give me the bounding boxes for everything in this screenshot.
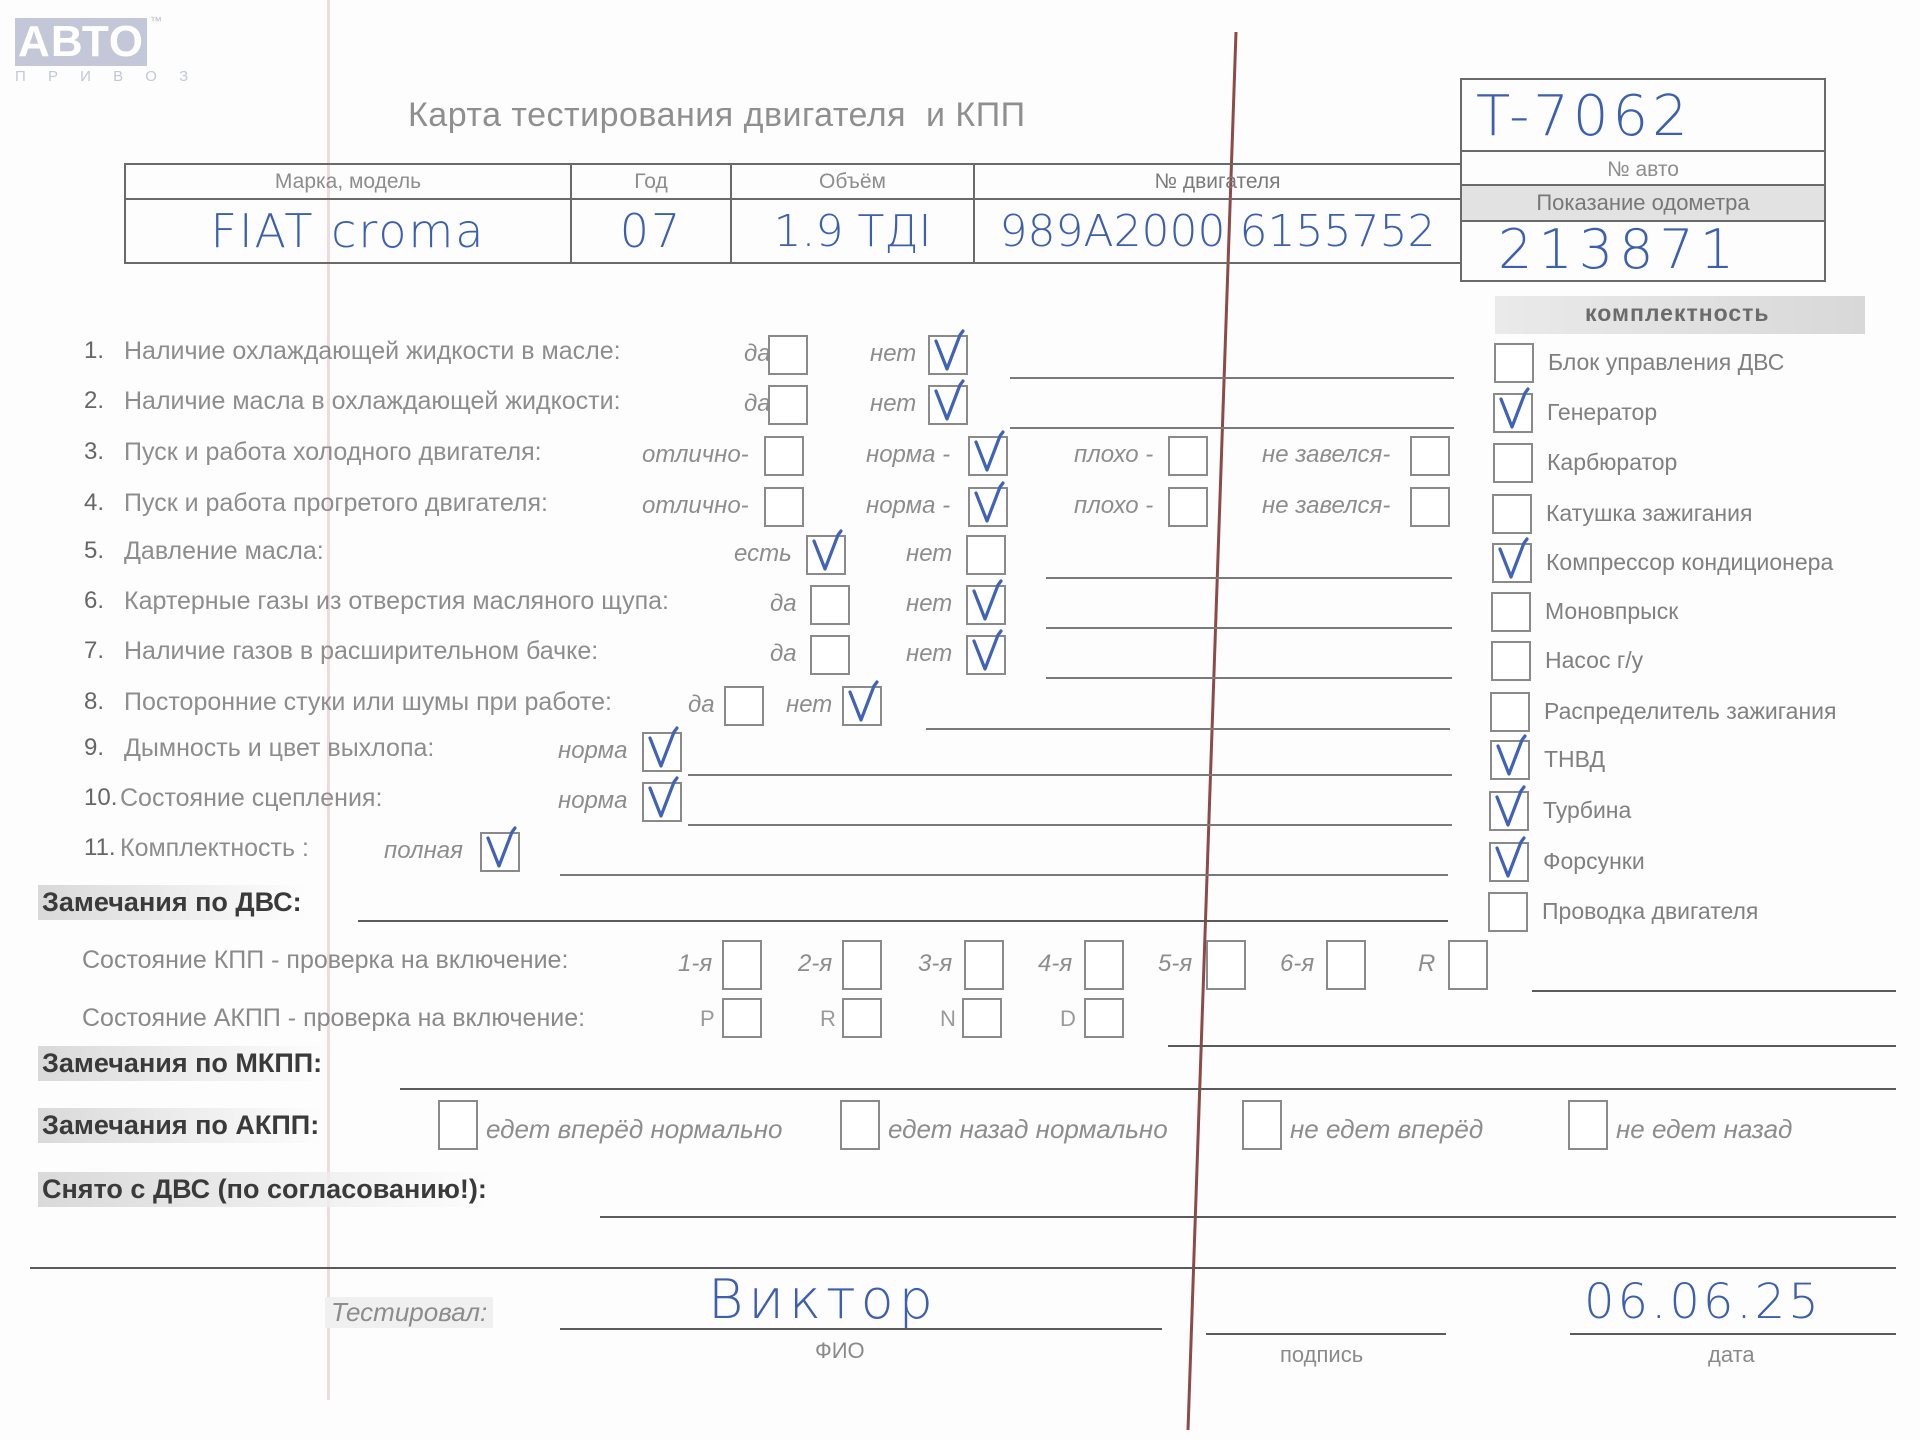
header-volume: Объём [819, 170, 886, 193]
checklist-notes-line[interactable] [1010, 377, 1454, 379]
document-title: Карта тестирования двигателя и КПП [408, 96, 1026, 135]
checkmark-icon [646, 776, 680, 822]
checklist-item-number: 2. [84, 387, 104, 415]
checklist-item-label: Наличие масла в охлаждающей жидкости: [124, 387, 621, 416]
checklist-item-label: Давление масла: [124, 537, 324, 566]
checklist-item-number: 6. [84, 587, 104, 615]
value-year[interactable]: 07 [620, 204, 683, 258]
gear-checkbox[interactable] [842, 940, 882, 990]
checklist-item-label: Пуск и работа прогретого двигателя: [124, 489, 548, 518]
gear-checkbox[interactable] [1448, 940, 1488, 990]
completeness-checkbox[interactable] [1493, 443, 1533, 483]
date-caption: дата [1708, 1342, 1755, 1368]
checklist-item-label: Посторонние стуки или шумы при работе: [124, 688, 612, 717]
completeness-checkbox[interactable] [1492, 494, 1532, 534]
completeness-item-label: Компрессор кондиционера [1546, 549, 1833, 576]
completeness-item-label: Турбина [1543, 797, 1631, 824]
completeness-checkbox[interactable] [1490, 740, 1530, 780]
checklist-item-label: Состояние сцепления: [120, 784, 382, 813]
car-info-box: T-7062 № авто Показание одометра 213871 [1460, 78, 1826, 282]
akpp-remark-label: не едет вперёд [1290, 1114, 1483, 1145]
gear-label: D [1060, 1006, 1076, 1032]
checkmark-icon [1496, 537, 1530, 583]
checklist-notes-line[interactable] [1046, 627, 1452, 629]
completeness-checkbox[interactable] [1489, 842, 1529, 882]
completeness-item-label: Распределитель зажигания [1544, 698, 1836, 725]
checklist-item-label: Наличие охлаждающей жидкости в масле: [124, 337, 621, 366]
checklist-item-label: Пуск и работа холодного двигателя: [124, 438, 542, 467]
checklist-item-label: Картерные газы из отверстия масляного щу… [124, 587, 669, 616]
separator-line [30, 1267, 1896, 1269]
option-checkbox[interactable] [480, 832, 520, 872]
name-line [560, 1328, 1162, 1330]
completeness-item-label: Проводка двигателя [1542, 898, 1758, 925]
option-checkbox[interactable] [810, 635, 850, 675]
manual-gearbox-line[interactable] [1532, 990, 1896, 992]
checklist-item-label: Дымность и цвет выхлопа: [124, 734, 434, 763]
gear-checkbox[interactable] [1206, 940, 1246, 990]
completeness-checkbox[interactable] [1494, 343, 1534, 383]
checklist-item-number: 1. [84, 337, 104, 365]
option-checkbox[interactable] [966, 635, 1006, 675]
option-label: отлично- [642, 441, 749, 469]
checklist-notes-line[interactable] [1010, 427, 1454, 429]
completeness-checkbox[interactable] [1488, 892, 1528, 932]
gear-checkbox[interactable] [964, 940, 1004, 990]
option-label: отлично- [642, 492, 749, 520]
akpp-remark-label: не едет назад [1616, 1114, 1792, 1145]
option-checkbox[interactable] [764, 436, 804, 476]
gear-label: 4-я [1038, 950, 1072, 978]
option-checkbox[interactable] [768, 385, 808, 425]
option-checkbox[interactable] [642, 732, 682, 772]
completeness-checkbox[interactable] [1490, 692, 1530, 732]
gear-label: R [820, 1006, 836, 1032]
completeness-item-label: Карбюратор [1547, 449, 1677, 476]
option-checkbox[interactable] [1168, 436, 1208, 476]
option-label: норма - [866, 441, 950, 469]
akpp-remark-label: едет вперёд нормально [486, 1114, 782, 1145]
checkmark-icon [646, 726, 680, 772]
manual-gearbox-label: Состояние КПП - проверка на включение: [82, 946, 568, 975]
option-checkbox[interactable] [928, 385, 968, 425]
completeness-item-label: Блок управления ДВС [1548, 349, 1784, 376]
date-line [1570, 1333, 1896, 1335]
checkmark-icon [484, 826, 518, 872]
gear-label: R [1418, 950, 1435, 978]
signature-line[interactable] [1206, 1333, 1446, 1335]
checklist-item-number: 11. [84, 834, 116, 862]
gear-checkbox[interactable] [1084, 940, 1124, 990]
gear-label: 2-я [798, 950, 832, 978]
option-label: да [744, 390, 771, 418]
option-checkbox[interactable] [966, 535, 1006, 575]
option-checkbox[interactable] [642, 782, 682, 822]
option-label: нет [870, 340, 916, 368]
gear-checkbox[interactable] [962, 998, 1002, 1038]
header-make-model: Марка, модель [275, 170, 421, 193]
checklist-notes-line[interactable] [688, 774, 1452, 776]
checkmark-icon [1497, 387, 1531, 433]
value-make-model[interactable]: FIAT croma [211, 204, 486, 258]
option-label: норма [558, 787, 627, 815]
completeness-checkbox[interactable] [1489, 791, 1529, 831]
gear-checkbox[interactable] [1084, 998, 1124, 1038]
gear-checkbox[interactable] [842, 998, 882, 1038]
gear-label: 6-я [1280, 950, 1314, 978]
checkmark-icon [970, 629, 1004, 675]
option-label: плохо - [1074, 441, 1153, 469]
completeness-item-label: ТНВД [1544, 746, 1605, 773]
akpp-remark-checkbox[interactable] [438, 1100, 478, 1150]
checklist-item-number: 3. [84, 438, 104, 466]
removed-label: Снято с ДВС (по согласованию!): [38, 1172, 491, 1207]
option-checkbox[interactable] [968, 487, 1008, 527]
removed-line[interactable] [600, 1216, 1896, 1218]
gear-label: N [940, 1006, 956, 1032]
checklist-notes-line[interactable] [688, 824, 1452, 826]
option-label: нет [906, 540, 952, 568]
option-checkbox[interactable] [806, 535, 846, 575]
akpp-remark-checkbox[interactable] [1242, 1100, 1282, 1150]
brand-trademark: ™ [150, 14, 162, 28]
odometer-label: Показание одометра [1462, 190, 1824, 216]
checkmark-icon [1494, 734, 1528, 780]
checklist-item-number: 8. [84, 688, 104, 716]
auto-gearbox-label: Состояние АКПП - проверка на включение: [82, 1004, 585, 1033]
option-checkbox[interactable] [768, 335, 808, 375]
auto-gearbox-line[interactable] [1168, 1045, 1896, 1047]
odometer-value[interactable]: 213871 [1498, 218, 1740, 281]
option-checkbox[interactable] [1410, 436, 1450, 476]
option-checkbox[interactable] [764, 487, 804, 527]
checkmark-icon [932, 329, 966, 375]
option-checkbox[interactable] [966, 585, 1006, 625]
gear-checkbox[interactable] [1326, 940, 1366, 990]
name-caption: ФИО [815, 1338, 865, 1364]
header-year: Год [634, 170, 667, 193]
completeness-header: комплектность [1585, 300, 1770, 327]
car-number-label: № авто [1462, 158, 1824, 182]
option-label: да [688, 691, 715, 719]
option-label: нет [906, 640, 952, 668]
checklist-notes-line[interactable] [1046, 677, 1452, 679]
completeness-checkbox[interactable] [1491, 592, 1531, 632]
completeness-item-label: Моновпрыск [1545, 598, 1678, 625]
gear-label: 3-я [918, 950, 952, 978]
gear-label: 5-я [1158, 950, 1192, 978]
checklist-notes-line[interactable] [560, 874, 1448, 876]
completeness-item-label: Генератор [1547, 399, 1657, 426]
checkmark-icon [810, 529, 844, 575]
completeness-checkbox[interactable] [1492, 543, 1532, 583]
option-checkbox[interactable] [1410, 487, 1450, 527]
option-label: не завелся- [1262, 492, 1390, 520]
remarks-engine-line[interactable] [358, 920, 1448, 922]
checkmark-icon [846, 680, 880, 726]
brand-logo: АВТО [15, 18, 147, 66]
option-checkbox[interactable] [810, 585, 850, 625]
akpp-remark-checkbox[interactable] [1568, 1100, 1608, 1150]
option-checkbox[interactable] [968, 436, 1008, 476]
option-label: нет [906, 590, 952, 618]
vehicle-info-table: Марка, модель Год Объём № двигателя FIAT… [124, 163, 1462, 264]
value-volume[interactable]: 1.9 TДI [774, 206, 932, 257]
option-checkbox[interactable] [1168, 487, 1208, 527]
checklist-item-number: 7. [84, 637, 104, 665]
test-date[interactable]: 06.06.25 [1584, 1274, 1822, 1330]
option-label: норма [558, 737, 627, 765]
option-checkbox[interactable] [842, 686, 882, 726]
brand-tagline: П Р И В О З [15, 68, 197, 85]
option-label: полная [384, 837, 463, 865]
gear-checkbox[interactable] [722, 940, 762, 990]
checkmark-icon [932, 379, 966, 425]
header-engine-number: № двигателя [1155, 170, 1281, 193]
tested-by-label: Тестировал: [325, 1297, 493, 1328]
remarks-auto-label: Замечания по АКПП: [38, 1108, 323, 1143]
option-label: плохо - [1074, 492, 1153, 520]
gear-label: 1-я [678, 950, 712, 978]
brand-logo-text: АВТО [18, 17, 144, 66]
car-number-value[interactable]: T-7062 [1476, 84, 1692, 149]
option-label: не завелся- [1262, 441, 1390, 469]
option-label: нет [870, 390, 916, 418]
completeness-item-label: Форсунки [1543, 848, 1645, 875]
checklist-item-number: 10. [84, 784, 117, 812]
checklist-item-number: 9. [84, 734, 104, 762]
option-label: нет [786, 691, 832, 719]
option-label: да [770, 590, 797, 618]
completeness-checkbox[interactable] [1491, 641, 1531, 681]
option-label: да [744, 340, 771, 368]
gear-label: P [700, 1006, 715, 1032]
option-label: да [770, 640, 797, 668]
completeness-checkbox[interactable] [1493, 393, 1533, 433]
option-checkbox[interactable] [928, 335, 968, 375]
checklist-item-label: Наличие газов в расширительном бачке: [124, 637, 598, 666]
option-label: норма - [866, 492, 950, 520]
checklist-item-number: 5. [84, 537, 104, 565]
checklist-notes-line[interactable] [1046, 577, 1452, 579]
completeness-item-label: Насос г/у [1545, 647, 1643, 674]
tester-name[interactable]: Виктор [708, 1268, 938, 1331]
akpp-remark-label: едет назад нормально [888, 1114, 1168, 1145]
signature-caption: подпись [1280, 1342, 1363, 1368]
checkmark-icon [1493, 785, 1527, 831]
checkmark-icon [972, 481, 1006, 527]
completeness-item-label: Катушка зажигания [1546, 500, 1752, 527]
remarks-engine-label: Замечания по ДВС: [38, 885, 306, 920]
checklist-item-number: 4. [84, 489, 104, 517]
checkmark-icon [972, 430, 1006, 476]
checklist-item-label: Комплектность : [120, 834, 309, 863]
akpp-remark-checkbox[interactable] [840, 1100, 880, 1150]
checkmark-icon [1493, 836, 1527, 882]
option-checkbox[interactable] [724, 686, 764, 726]
value-engine-number[interactable]: 989A2000 6155752 [999, 206, 1435, 257]
remarks-manual-line[interactable] [400, 1088, 1896, 1090]
option-label: есть [734, 540, 792, 568]
remarks-manual-label: Замечания по МКПП: [38, 1046, 326, 1081]
checklist-notes-line[interactable] [926, 728, 1450, 730]
checkmark-icon [970, 579, 1004, 625]
gear-checkbox[interactable] [722, 998, 762, 1038]
